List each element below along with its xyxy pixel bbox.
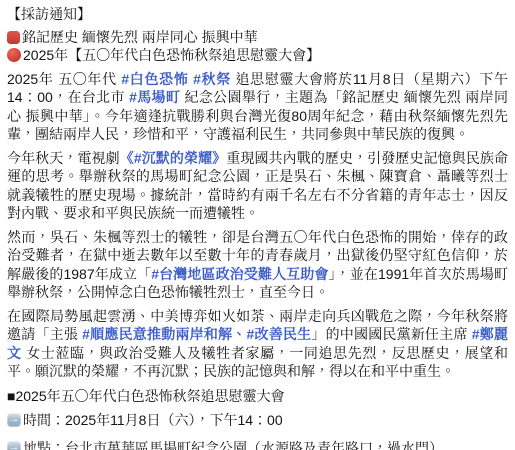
event-time-text: 時間：2025年11月8日（六），下午14：00: [23, 412, 283, 428]
notice-heading: 【採訪通知】: [7, 5, 508, 24]
event-title-text: 2025年【五〇年代白色恐怖秋祭追思慰靈大會】: [23, 47, 320, 63]
text-run: 」的中國國民黨新任主席: [311, 326, 471, 342]
event-summary-heading: ■2025年五〇年代白色恐怖秋祭追思慰靈大會: [7, 387, 508, 406]
arrow-right-icon: [7, 413, 21, 427]
hashtag-link[interactable]: #秋祭: [193, 71, 231, 87]
red-circle-icon: [7, 48, 21, 62]
event-location-text: 地點：台北市萬華區馬場町紀念公園（水源路及青年路口，過水門）: [23, 440, 443, 450]
red-square-icon: [7, 31, 20, 44]
post-paragraph-invitation: 在國際局勢風起雲湧、中美博弈如火如荼、兩岸走向兵凶戰危之際，今年秋祭將邀請「主張…: [7, 307, 508, 381]
slogan-text: 銘記歷史 緬懷先烈 兩岸同心 振興中華: [22, 29, 258, 45]
slogan-line-1: 銘記歷史 緬懷先烈 兩岸同心 振興中華: [7, 28, 508, 47]
post-paragraph-white-terror: 然而，吳石、朱楓等烈士的犧牲，卻是台灣五〇年代白色恐怖的開始，倖存的政治受難者，…: [7, 228, 508, 302]
announcement-post: 【採訪通知】 銘記歷史 緬懷先烈 兩岸同心 振興中華 2025年【五〇年代白色恐…: [0, 0, 515, 450]
text-run: 女士蒞臨，與政治受難人及犧牲者家屬，一同追思先烈，反思歷史，展望和平。願沉默的榮…: [7, 345, 508, 380]
hashtag-link[interactable]: 《#沉默的榮耀》: [120, 150, 227, 166]
post-paragraph-history: 今年秋天，電視劇《#沉默的榮耀》重現國共內戰的歷史，引發歷史記憶與民族命運的思考…: [7, 149, 508, 223]
event-location-row: 地點：台北市萬華區馬場町紀念公園（水源路及青年路口，過水門）: [7, 439, 508, 450]
text-run: 2025年 五〇年代: [7, 71, 121, 87]
event-time-row: 時間：2025年11月8日（六），下午14：00: [7, 411, 508, 430]
text-run: 今年秋天，電視劇: [7, 150, 120, 166]
arrow-right-icon: [7, 441, 21, 450]
hashtag-link[interactable]: #台灣地區政治受難人互助會: [151, 266, 328, 282]
slogan-line-2: 2025年【五〇年代白色恐怖秋祭追思慰靈大會】: [7, 46, 508, 65]
hashtag-link[interactable]: #順應民意推動兩岸和解、#改善民生: [82, 326, 311, 342]
hashtag-link[interactable]: #白色恐怖: [121, 71, 188, 87]
hashtag-link[interactable]: #馬場町: [129, 89, 180, 105]
post-paragraph-intro: 2025年 五〇年代 #白色恐怖 #秋祭 追思慰靈大會將於11月8日（星期六）下…: [7, 70, 508, 144]
